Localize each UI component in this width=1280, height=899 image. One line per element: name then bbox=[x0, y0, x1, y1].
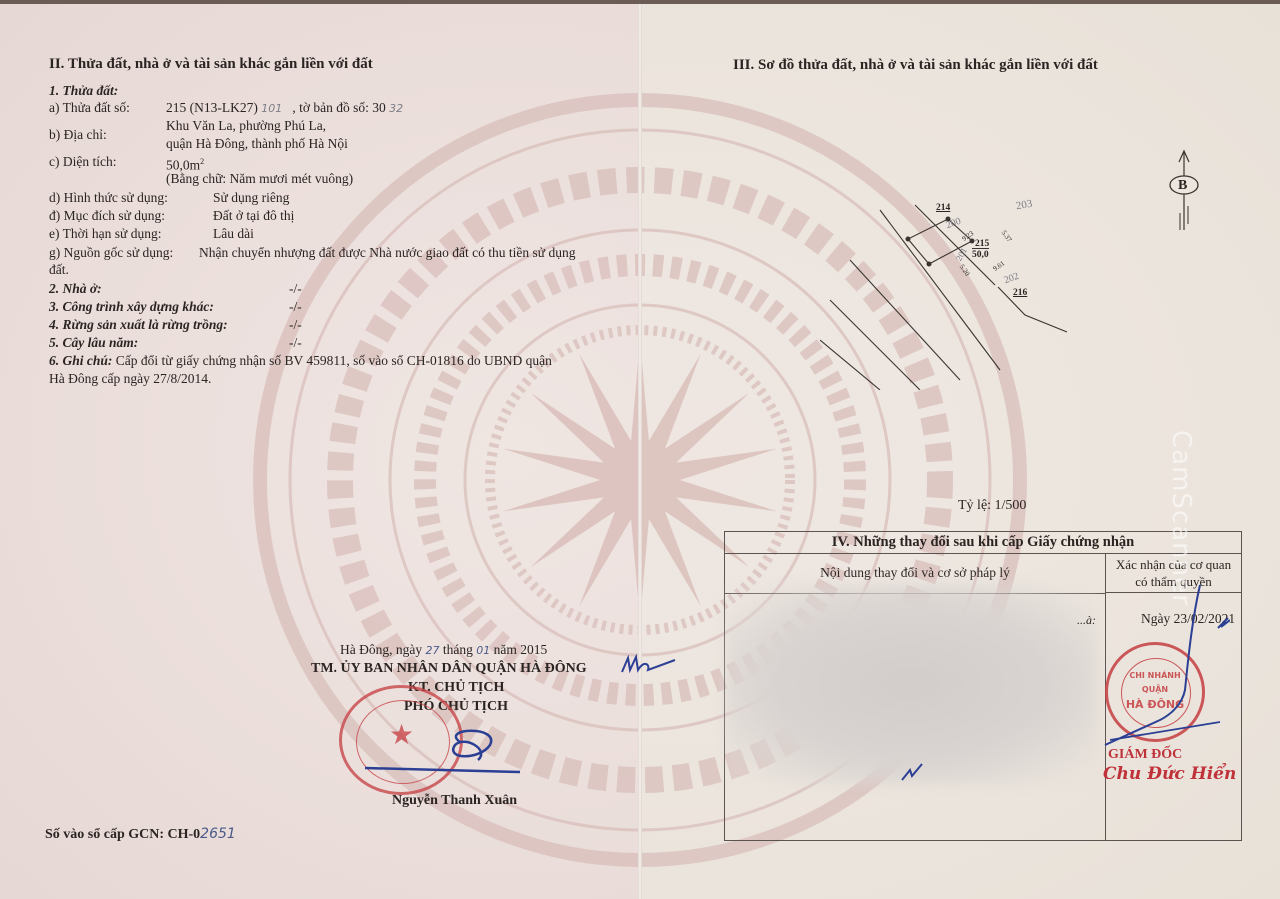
note-text: Cấp đổi từ giấy chứng nhận số BV 459811,… bbox=[116, 353, 552, 368]
purpose-label: đ) Mục đích sử dụng: bbox=[49, 207, 165, 224]
place-date-prefix: Hà Đông, ngày bbox=[340, 642, 422, 657]
house-label: 2. Nhà ở: bbox=[49, 280, 102, 297]
parcel-handwritten: 101 bbox=[261, 102, 282, 115]
origin-value-line-2: đất. bbox=[49, 261, 69, 278]
parcel-216: 216 bbox=[1013, 285, 1027, 302]
signer-name: Nguyễn Thanh Xuân bbox=[392, 792, 517, 809]
area-label: c) Diện tích: bbox=[49, 153, 116, 170]
signing-month: 01 bbox=[476, 644, 490, 657]
month-label: tháng bbox=[443, 642, 473, 657]
term-value: Lâu dài bbox=[213, 225, 254, 242]
initials-right bbox=[900, 762, 925, 782]
section-iii-title: III. Sơ đồ thửa đất, nhà ở và tài sản kh… bbox=[733, 57, 1098, 74]
entry-suffix: ...à: bbox=[1077, 612, 1096, 629]
authority-title: TM. ỦY BAN NHÂN DÂN QUẬN HÀ ĐÔNG bbox=[311, 660, 587, 677]
confirm-signer: Chu Đức Hiển bbox=[1103, 766, 1236, 783]
forest-label: 4. Rừng sản xuất là rừng trồng: bbox=[49, 316, 228, 333]
forest-value: -/- bbox=[289, 316, 302, 333]
term-label: e) Thời hạn sử dụng: bbox=[49, 225, 161, 242]
north-label: B bbox=[1178, 177, 1187, 194]
top-edge bbox=[0, 0, 1280, 4]
purpose-value: Đất ở tại đô thị bbox=[213, 207, 294, 224]
note-line-2: Hà Đông cấp ngày 27/8/2014. bbox=[49, 370, 211, 387]
address-label: b) Địa chỉ: bbox=[49, 126, 107, 143]
redacted-content bbox=[725, 584, 1097, 784]
other-construction-label: 3. Công trình xây dựng khác: bbox=[49, 298, 214, 315]
signing-day: 27 bbox=[425, 644, 439, 657]
scanner-watermark: CamScanner bbox=[1166, 430, 1196, 606]
other-construction-value: -/- bbox=[289, 298, 302, 315]
note-line-1: 6. Ghi chú: Cấp đổi từ giấy chứng nhận s… bbox=[49, 352, 552, 369]
register-label: Số vào sổ cấp GCN: CH-0 bbox=[45, 827, 200, 842]
usage-form-label: d) Hình thức sử dụng: bbox=[49, 189, 168, 206]
year-label: năm 2015 bbox=[494, 642, 548, 657]
perennial-label: 5. Cây lâu năm: bbox=[49, 334, 138, 351]
map-sheet-label: , tờ bản đồ số: 30 bbox=[292, 100, 385, 115]
map-sheet-handwritten: 32 bbox=[389, 102, 403, 115]
land-heading: 1. Thửa đất: bbox=[49, 82, 118, 99]
parcel-215-area: 50,0 bbox=[972, 248, 989, 262]
note-label: 6. Ghi chú: bbox=[49, 353, 112, 368]
initials-left bbox=[620, 652, 680, 677]
page-fold bbox=[638, 0, 642, 899]
parcel-label: a) Thửa đất số: bbox=[49, 99, 130, 116]
house-value: -/- bbox=[289, 280, 302, 297]
perennial-value: -/- bbox=[289, 334, 302, 351]
usage-form-value: Sử dụng riêng bbox=[213, 189, 289, 206]
address-line-1: Khu Văn La, phường Phú La, bbox=[166, 117, 326, 134]
signing-place-date: Hà Đông, ngày 27 tháng 01 năm 2015 bbox=[340, 641, 547, 659]
register-handwritten: 2651 bbox=[200, 826, 236, 842]
parcel-value: 215 (N13-LK27) 101 , tờ bản đồ số: 30 32 bbox=[166, 99, 403, 117]
signature-left bbox=[360, 720, 530, 780]
register-number: Số vào sổ cấp GCN: CH-02651 bbox=[45, 826, 236, 843]
section-ii-title: II. Thửa đất, nhà ở và tài sản khác gắn … bbox=[49, 56, 373, 73]
changes-table-title: IV. Những thay đổi sau khi cấp Giấy chứn… bbox=[725, 532, 1241, 554]
area-unit: 2 bbox=[200, 157, 204, 166]
scale-label: Tỷ lệ: 1/500 bbox=[958, 497, 1026, 514]
parcel-203-handwritten: 203 bbox=[1015, 196, 1034, 216]
origin-label: g) Nguồn gốc sử dụng: bbox=[49, 244, 173, 261]
address-line-2: quận Hà Đông, thành phố Hà Nội bbox=[166, 135, 348, 152]
area-words: (Bằng chữ: Năm mươi mét vuông) bbox=[166, 170, 353, 187]
origin-value-line-1: Nhận chuyển nhượng đất được Nhà nước gia… bbox=[199, 244, 575, 261]
parcel-214: 214 bbox=[936, 200, 950, 217]
signature-right bbox=[1100, 580, 1230, 760]
parcel-number: 215 (N13-LK27) bbox=[166, 100, 258, 115]
